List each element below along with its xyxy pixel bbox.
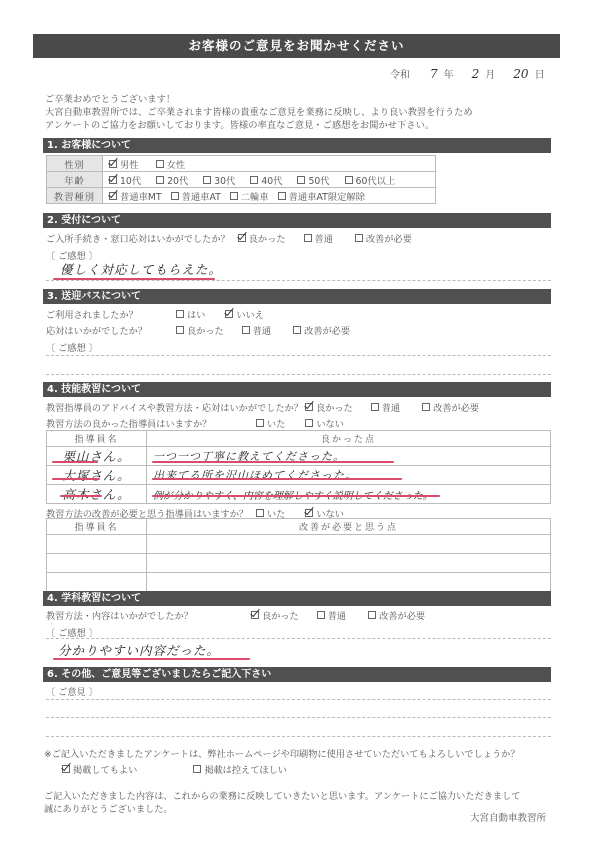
intro-line-2: 大宮自動車教習所では、ご卒業されます皆様の貴重なご意見を業務に反映し、より良い教… (45, 106, 565, 119)
reception-good-option[interactable]: 良かった (238, 231, 286, 245)
divider (46, 280, 551, 281)
option-label: 男性 (120, 157, 139, 171)
checkbox-checked-icon[interactable] (238, 234, 246, 242)
option-label: 普通 (382, 400, 400, 414)
option-label: 50代 (308, 173, 329, 187)
checkbox-icon[interactable] (304, 234, 312, 242)
highlight-underline (152, 478, 402, 480)
classroom-comment[interactable]: 分かりやすい内容だった。 (58, 641, 220, 659)
checkbox-icon[interactable] (317, 611, 325, 619)
option-label: 20代 (167, 173, 188, 187)
checkbox-icon[interactable] (293, 326, 301, 334)
checkbox-icon[interactable] (193, 765, 201, 773)
age-20s-option[interactable]: 20代 (156, 173, 188, 187)
reception-comment[interactable]: 優しく対応してもらえた。 (60, 260, 222, 278)
driving-good-option[interactable]: 良かった (305, 400, 353, 414)
checkbox-checked-icon[interactable] (109, 160, 117, 168)
checkbox-icon[interactable] (368, 611, 376, 619)
publish-question: ※ご記入いただきましたアンケートは、弊社ホームページや印刷物に使用させていただい… (44, 746, 520, 760)
option-label: いた (267, 416, 285, 430)
option-label: 普通 (253, 323, 271, 337)
option-label: 良かった (316, 400, 353, 414)
highlight-underline (152, 461, 394, 463)
reception-normal-option[interactable]: 普通 (304, 231, 333, 245)
intro-line-3: アンケートのご協力をお願いしております。皆様の率直なご意見・ご感想をお聞かせ下さ… (45, 119, 565, 132)
bus-comment-label: 〔 ご感想 〕 (46, 340, 98, 354)
organization-name: 大宮自動車教習所 (470, 810, 546, 824)
course-mt-option[interactable]: 普通車MT (109, 189, 162, 203)
course-at-release-option[interactable]: 普通車AT限定解除 (278, 189, 365, 203)
course-at-option[interactable]: 普通車AT (171, 189, 221, 203)
month-value[interactable]: 2 (472, 67, 480, 81)
question-text: 応対はいかがでしたか？ (46, 323, 176, 337)
checkbox-icon[interactable] (297, 176, 305, 184)
table-row: 高木さん。 例が分かりやすく、内容を理解しやすく説明してくださった。 (47, 485, 551, 504)
gender-female-option[interactable]: 女性 (156, 157, 186, 171)
checkbox-icon[interactable] (256, 509, 264, 517)
checkbox-icon[interactable] (156, 160, 164, 168)
column-header: 指導員名 (47, 431, 147, 447)
highlight-underline (52, 461, 98, 463)
option-label: 改善が必要 (304, 323, 350, 337)
gender-row: 性別 男性 女性 (47, 156, 436, 172)
bus-yes-option[interactable]: はい (176, 307, 205, 321)
option-label: 普通 (328, 608, 346, 622)
intro-text: ご卒業おめでとうございます！ 大宮自動車教習所では、ご卒業されます皆様の貴重なご… (45, 93, 565, 132)
classroom-normal-option[interactable]: 普通 (317, 608, 346, 622)
checkbox-checked-icon[interactable] (109, 192, 117, 200)
instructor-name-cell[interactable] (47, 535, 147, 554)
checkbox-icon[interactable] (371, 403, 379, 411)
classroom-question-row: 教習方法・内容はいかがでしたか？ 良かった 普通 改善が必要 (46, 608, 425, 622)
column-header: 指導員名 (47, 519, 147, 535)
table-row (47, 573, 551, 592)
option-label: はい (187, 307, 205, 321)
checkbox-checked-icon[interactable] (251, 611, 259, 619)
option-label: 良かった (187, 323, 224, 337)
classroom-comment-label: 〔 ご感想 〕 (46, 625, 98, 639)
question-text: 教習方法・内容はいかがでしたか？ (46, 608, 251, 622)
form-title: お客様のご意見をお聞かせください (33, 34, 560, 58)
bus-service-row: 応対はいかがでしたか？ 良かった 普通 改善が必要 (46, 323, 350, 337)
publish-decline-option[interactable]: 掲載は控えてほしい (193, 762, 287, 776)
option-label: 良かった (262, 608, 299, 622)
highlight-underline (53, 658, 250, 660)
table-header-row: 指導員名 改善が必要と思う点 (47, 519, 551, 535)
checkbox-icon[interactable] (256, 419, 264, 427)
checkbox-icon[interactable] (278, 192, 286, 200)
checkbox-checked-icon[interactable] (305, 509, 313, 517)
checkbox-icon[interactable] (355, 234, 363, 242)
age-60s-option[interactable]: 60代以上 (345, 173, 396, 187)
age-40s-option[interactable]: 40代 (250, 173, 282, 187)
checkbox-icon[interactable] (203, 176, 211, 184)
checkbox-icon[interactable] (250, 176, 258, 184)
question-text: 教習方法の良かった指導員はいますか？ (46, 416, 256, 430)
era-label: 令和 (390, 66, 410, 81)
instructor-comment[interactable]: 出来てる所を沢山ほめてくださった。 (153, 469, 357, 482)
gender-male-option[interactable]: 男性 (109, 157, 139, 171)
option-label: 良かった (249, 231, 286, 245)
classroom-improve-option[interactable]: 改善が必要 (368, 608, 425, 622)
age-row: 年齢 10代 20代 30代 40代 50代 60代以上 (47, 172, 436, 188)
option-label: 改善が必要 (379, 608, 425, 622)
option-label: 40代 (261, 173, 282, 187)
highlight-underline (52, 478, 100, 480)
driving-improve-option[interactable]: 改善が必要 (422, 400, 479, 414)
day-value[interactable]: 20 (513, 67, 528, 81)
checkbox-icon[interactable] (242, 326, 250, 334)
age-10s-option[interactable]: 10代 (109, 173, 141, 187)
customer-info-table: 性別 男性 女性 年齢 10代 20代 30代 40代 50代 60代以上 教習… (46, 155, 436, 204)
option-label: 普通車MT (120, 189, 162, 203)
section-header-other: 6. その他、ご意見等ございましたらご記入下さい (43, 667, 551, 682)
improvement-cell[interactable] (147, 573, 551, 592)
section-header-classroom: 4. 学科教習について (43, 591, 551, 606)
instructor-name-cell[interactable] (47, 554, 147, 573)
option-label: いない (316, 416, 344, 430)
improvement-cell[interactable] (147, 535, 551, 554)
good-instructor-yes-option[interactable]: いた (256, 416, 285, 430)
question-text: ご利用されましたか？ (46, 307, 176, 321)
checkbox-icon[interactable] (171, 192, 179, 200)
other-comment-label: 〔 ご意見 〕 (46, 684, 98, 698)
option-label: 60代以上 (356, 173, 396, 187)
option-label: 普通車AT限定解除 (289, 189, 365, 203)
improve-instructor-table: 指導員名 改善が必要と思う点 (46, 518, 551, 592)
classroom-good-option[interactable]: 良かった (251, 608, 299, 622)
section-header-bus: 3. 送迎バスについて (43, 289, 551, 304)
course-motorcycle-option[interactable]: 二輪車 (230, 189, 269, 203)
option-label: 女性 (167, 157, 186, 171)
closing-line-1: ご記入いただきました内容は、これからの業務に反映していきたいと思います。アンケー… (44, 788, 520, 802)
divider (46, 355, 551, 356)
age-50s-option[interactable]: 50代 (297, 173, 329, 187)
option-label: いいえ (236, 307, 264, 321)
day-label: 日 (535, 66, 545, 81)
checkbox-checked-icon[interactable] (305, 403, 313, 411)
bus-no-option[interactable]: いいえ (225, 307, 264, 321)
year-label: 年 (444, 66, 454, 81)
table-row (47, 554, 551, 573)
divider (46, 638, 551, 639)
course-type-label: 教習種別 (47, 188, 103, 204)
question-text: 教習指導員のアドバイスや教習方法・応対はいかがでしたか？ (46, 400, 303, 414)
column-header: 良かった点 (147, 431, 551, 447)
bus-normal-option[interactable]: 普通 (242, 323, 271, 337)
bus-used-row: ご利用されましたか？ はい いいえ (46, 307, 264, 321)
option-label: 二輪車 (241, 189, 269, 203)
divider (46, 736, 551, 737)
instructor-name[interactable]: 大塚さん。 (62, 468, 130, 483)
table-header-row: 指導員名 良かった点 (47, 431, 551, 447)
option-label: 掲載は控えてほしい (204, 762, 287, 776)
checkbox-icon[interactable] (176, 326, 184, 334)
option-label: 10代 (120, 173, 141, 187)
checkbox-icon[interactable] (176, 310, 184, 318)
gender-label: 性別 (47, 156, 103, 172)
section-header-reception: 2. 受付について (43, 213, 551, 228)
checkbox-icon[interactable] (156, 176, 164, 184)
reception-improve-option[interactable]: 改善が必要 (355, 231, 412, 245)
checkbox-checked-icon[interactable] (62, 765, 70, 773)
option-label: 掲載してもよい (73, 762, 137, 776)
publish-options-row: 掲載してもよい 掲載は控えてほしい (62, 762, 287, 776)
driving-normal-option[interactable]: 普通 (371, 400, 400, 414)
table-row: 大塚さん。 出来てる所を沢山ほめてくださった。 (47, 466, 551, 485)
checkbox-icon[interactable] (305, 419, 313, 427)
instructor-name-cell[interactable] (47, 573, 147, 592)
year-value[interactable]: 7 (430, 67, 438, 81)
bus-good-option[interactable]: 良かった (176, 323, 224, 337)
intro-line-1: ご卒業おめでとうございます！ (45, 93, 565, 106)
checkbox-icon[interactable] (230, 192, 238, 200)
checkbox-checked-icon[interactable] (225, 310, 233, 318)
improvement-cell[interactable] (147, 554, 551, 573)
option-label: 改善が必要 (366, 231, 412, 245)
date-field: 令和 7 年 2 月 20 日 (390, 66, 565, 81)
driving-instruction-row: 教習指導員のアドバイスや教習方法・応対はいかがでしたか？ 良かった 普通 改善が… (46, 400, 479, 414)
age-30s-option[interactable]: 30代 (203, 173, 235, 187)
age-label: 年齢 (47, 172, 103, 188)
checkbox-checked-icon[interactable] (109, 176, 117, 184)
column-header: 改善が必要と思う点 (147, 519, 551, 535)
month-label: 月 (485, 66, 495, 81)
bus-improve-option[interactable]: 改善が必要 (293, 323, 350, 337)
divider (46, 699, 551, 700)
publish-ok-option[interactable]: 掲載してもよい (62, 762, 137, 776)
option-label: 30代 (214, 173, 235, 187)
divider (46, 374, 551, 375)
good-instructor-no-option[interactable]: いない (305, 416, 344, 430)
divider (46, 717, 551, 718)
checkbox-icon[interactable] (422, 403, 430, 411)
highlight-underline (60, 495, 102, 497)
course-type-row: 教習種別 普通車MT 普通車AT 二輪車 普通車AT限定解除 (47, 188, 436, 204)
section-header-customer: 1. お客様について (43, 138, 551, 153)
closing-line-2: 誠にありがとうございました。 (44, 801, 173, 815)
good-instructor-row: 教習方法の良かった指導員はいますか？ いた いない (46, 416, 344, 430)
good-instructor-table: 指導員名 良かった点 栗山さん。 一つ一つ丁寧に教えてくださった。 大塚さん。 … (46, 430, 551, 504)
option-label: 普通車AT (182, 189, 221, 203)
survey-form: お客様のご意見をお聞かせください 令和 7 年 2 月 20 日 ご卒業おめでと… (0, 0, 595, 841)
question-text: ご入所手続き・窓口応対はいかがでしたか？ (46, 231, 230, 245)
table-row (47, 535, 551, 554)
checkbox-icon[interactable] (345, 176, 353, 184)
section-header-driving: 4. 技能教習について (43, 382, 551, 397)
option-label: 改善が必要 (433, 400, 479, 414)
reception-question-row: ご入所手続き・窓口応対はいかがでしたか？ 良かった 普通 改善が必要 (46, 231, 412, 245)
highlight-underline (152, 495, 440, 497)
option-label: 普通 (315, 231, 333, 245)
